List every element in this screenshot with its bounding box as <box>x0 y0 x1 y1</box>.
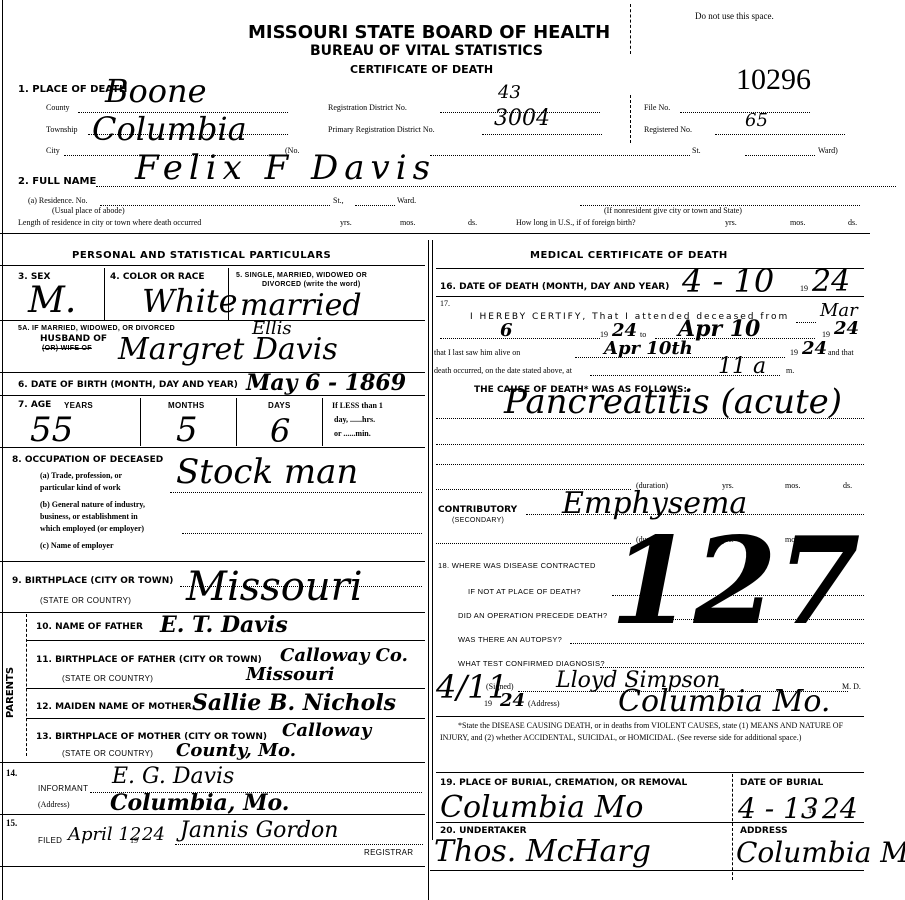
autopsy-label: WAS THERE AN AUTOPSY? <box>458 635 562 644</box>
father-label: 10. NAME OF FATHER <box>36 622 143 632</box>
burial-place-value[interactable]: Columbia Mo <box>440 790 643 825</box>
informant-num: 14. <box>6 768 17 778</box>
length-mos: mos. <box>400 218 415 227</box>
informant-address-value[interactable]: Columbia, Mo. <box>110 790 289 816</box>
race-value[interactable]: White <box>142 282 238 320</box>
parents-side-label: PARENTS <box>5 667 16 718</box>
m-label: m. <box>786 366 794 375</box>
father-birth-label: 11. BIRTHPLACE OF FATHER (CITY OR TOWN) <box>36 655 262 665</box>
father-birth-city[interactable]: Calloway Co. <box>280 645 408 666</box>
death-occurred-text: death occurred, on the date stated above… <box>434 366 572 375</box>
father-value[interactable]: E. T. Davis <box>160 612 288 638</box>
occupation-value[interactable]: Stock man <box>176 452 358 492</box>
age-months-label: MONTHS <box>168 401 204 410</box>
last-saw-year-prefix: 19 <box>790 348 798 357</box>
full-name-value[interactable]: Felix F Davis <box>135 148 436 188</box>
filed-year-value[interactable]: 24 <box>142 824 165 845</box>
full-name-label: 2. FULL NAME <box>18 176 96 187</box>
spouse-label-1: 5A. IF MARRIED, WIDOWED, OR DIVORCED <box>18 325 175 332</box>
cause-value[interactable]: Pancreatitis (acute) <box>504 382 842 422</box>
file-no-label: File No. <box>644 103 670 112</box>
how-long-us-label: How long in U.S., if of foreign birth? <box>516 218 636 227</box>
mother-birth-state-label: (STATE OR COUNTRY) <box>62 749 153 758</box>
reg-district-label: Registration District No. <box>328 103 407 112</box>
office-divider-lower <box>630 95 631 143</box>
residence-ward-label: Ward. <box>397 196 416 205</box>
test-label: WHAT TEST CONFIRMED DIAGNOSIS? <box>458 659 605 668</box>
stamp-number: 127 <box>610 522 861 642</box>
attended-from-day[interactable]: 6 <box>500 320 513 341</box>
burial-date-label: DATE OF BURIAL <box>740 778 823 788</box>
nonresident-note: (If nonresident give city or town and St… <box>604 206 742 215</box>
st-label: St. <box>692 146 701 155</box>
informant-address-label: (Address) <box>38 800 70 809</box>
q18-sub-label: IF NOT AT PLACE OF DEATH? <box>468 587 581 596</box>
duration-mos-1: mos. <box>785 481 800 490</box>
medical-address-value[interactable]: Columbia Mo. <box>618 684 830 719</box>
cause-footnote: *State the DISEASE CAUSING DEATH, or in … <box>440 720 866 744</box>
left-edge <box>2 0 3 900</box>
q18-label: 18. WHERE WAS DISEASE CONTRACTED <box>438 561 596 570</box>
us-yrs: yrs. <box>725 218 737 227</box>
dob-label: 6. DATE OF BIRTH (MONTH, DAY AND YEAR) <box>18 380 238 390</box>
death-time[interactable]: 11 a <box>718 354 766 379</box>
md-label: M. D. <box>842 682 861 691</box>
office-divider <box>630 4 631 54</box>
burial-date-value[interactable]: 4 - 13 <box>738 792 819 825</box>
sex-value[interactable]: M. <box>28 280 76 321</box>
dod-year[interactable]: 24 <box>812 264 850 299</box>
county-value[interactable]: Boone <box>105 72 207 110</box>
less-min-label: or ......min. <box>334 429 371 438</box>
column-divider-2 <box>432 240 433 840</box>
dob-value[interactable]: May 6 - 1869 <box>246 370 406 396</box>
occ-a-label-2: particular kind of work <box>40 483 121 492</box>
father-birth-state[interactable]: Missouri <box>246 664 334 685</box>
age-days-label: DAYS <box>268 401 291 410</box>
township-label: Township <box>46 125 77 134</box>
medical-section-title: MEDICAL CERTIFICATE OF DEATH <box>530 250 728 261</box>
occupation-label: 8. OCCUPATION OF DECEASED <box>12 455 163 465</box>
length-yrs: yrs. <box>340 218 352 227</box>
age-years-label: YEARS <box>64 401 93 410</box>
certificate-number: 10296 <box>736 63 811 97</box>
last-saw-year[interactable]: 24 <box>802 338 827 359</box>
last-saw-text: that I last saw him alive on <box>434 348 520 357</box>
length-residence-label: Length of residence in city or town wher… <box>18 218 201 227</box>
office-note: Do not use this space. <box>695 11 774 21</box>
signed-year[interactable]: 24 <box>500 690 525 711</box>
dod-year-prefix: 19 <box>800 284 808 293</box>
occ-b-label-2: business, or establishment in <box>40 512 138 521</box>
dod-value[interactable]: 4 - 10 <box>682 262 774 300</box>
form-type: CERTIFICATE OF DEATH <box>350 63 493 76</box>
race-label: 4. COLOR OR RACE <box>110 272 205 282</box>
residence-label: (a) Residence. No. <box>28 196 88 205</box>
occ-b-label-1: (b) General nature of industry, <box>40 500 145 509</box>
township-value[interactable]: Columbia <box>92 110 247 148</box>
registrar-label: REGISTRAR <box>364 848 413 857</box>
occ-a-label-1: (a) Trade, profession, or <box>40 471 122 480</box>
age-years-value[interactable]: 55 <box>30 410 73 450</box>
contributory-label: CONTRIBUTORY <box>438 505 517 515</box>
cert-num: 17. <box>440 299 450 308</box>
primary-reg-district-label: Primary Registration District No. <box>328 125 435 134</box>
filed-num: 15. <box>6 818 17 828</box>
signed-year-prefix: 19 <box>484 699 492 708</box>
marital-label-2: DIVORCED (write the word) <box>262 281 361 288</box>
father-birth-state-label: (STATE OR COUNTRY) <box>62 674 153 683</box>
primary-reg-district-value[interactable]: 3004 <box>494 106 550 131</box>
residence-st-label: St., <box>333 196 344 205</box>
registered-no-label: Registered No. <box>644 125 692 134</box>
spouse-value[interactable]: Margret Davis <box>118 332 338 367</box>
last-saw-value[interactable]: Apr 10th <box>604 338 693 359</box>
undertaker-address-value[interactable]: Columbia Mo <box>736 836 905 869</box>
mother-birth-city[interactable]: Calloway <box>282 720 371 741</box>
informant-value[interactable]: E. G. Davis <box>112 764 234 789</box>
usual-abode-note: (Usual place of abode) <box>52 206 125 215</box>
mother-birth-state[interactable]: County, Mo. <box>176 740 296 761</box>
registrar-signature[interactable]: Jannis Gordon <box>180 818 338 843</box>
medical-address-label: (Address) <box>528 699 560 708</box>
personal-section-title: PERSONAL AND STATISTICAL PARTICULARS <box>72 250 331 261</box>
attended-to-year[interactable]: 24 <box>834 318 859 339</box>
occ-c-label: (c) Name of employer <box>40 541 114 550</box>
age-days-value[interactable]: 6 <box>270 412 290 450</box>
secondary-label: (SECONDARY) <box>452 517 504 524</box>
burial-year[interactable]: 24 <box>822 792 858 825</box>
mother-label: 12. MAIDEN NAME OF MOTHER <box>36 702 192 712</box>
birthplace-label: 9. BIRTHPLACE (CITY OR TOWN) <box>12 576 173 586</box>
undertaker-value[interactable]: Thos. McHarg <box>434 834 651 869</box>
form-title: MISSOURI STATE BOARD OF HEALTH <box>248 22 610 43</box>
birthplace-value[interactable]: Missouri <box>186 564 363 610</box>
birthplace-state-label: (STATE OR COUNTRY) <box>40 596 131 605</box>
county-label: County <box>46 103 70 112</box>
less-hrs-label: day, ......hrs. <box>334 415 375 424</box>
ward-label: Ward) <box>818 146 838 155</box>
us-mos: mos. <box>790 218 805 227</box>
mother-value[interactable]: Sallie B. Nichols <box>192 690 396 716</box>
registered-no-value[interactable]: 65 <box>745 110 768 131</box>
form-subtitle: BUREAU OF VITAL STATISTICS <box>310 43 543 59</box>
informant-label: INFORMANT <box>38 784 88 793</box>
filed-year-prefix: 19 <box>130 836 138 845</box>
age-label: 7. AGE <box>18 400 51 410</box>
city-label: City <box>46 146 60 155</box>
filed-label: FILED <box>38 836 62 845</box>
dod-label: 16. DATE OF DEATH (MONTH, DAY AND YEAR) <box>440 282 669 292</box>
spouse-label-3: (OR) WIFE OF <box>42 345 92 352</box>
and-that-text: and that <box>828 348 854 357</box>
occ-b-label-3: which employed (or employer) <box>40 524 144 533</box>
undertaker-address-label: ADDRESS <box>740 826 788 836</box>
burial-year-prefix: 19 <box>808 806 816 815</box>
marital-label-1: 5. SINGLE, MARRIED, WIDOWED OR <box>236 272 367 279</box>
header-rule <box>0 233 870 234</box>
operation-label: DID AN OPERATION PRECEDE DEATH? <box>458 611 607 620</box>
burial-place-label: 19. PLACE OF BURIAL, CREMATION, OR REMOV… <box>440 778 687 788</box>
reg-district-value[interactable]: 43 <box>498 82 521 103</box>
length-ds: ds. <box>468 218 477 227</box>
us-ds: ds. <box>848 218 857 227</box>
less-than-1-label: If LESS than 1 <box>332 401 383 410</box>
duration-ds-1: ds. <box>843 481 852 490</box>
spouse-label-2: HUSBAND OF <box>40 334 107 344</box>
column-divider <box>428 240 429 900</box>
age-months-value[interactable]: 5 <box>176 410 198 450</box>
